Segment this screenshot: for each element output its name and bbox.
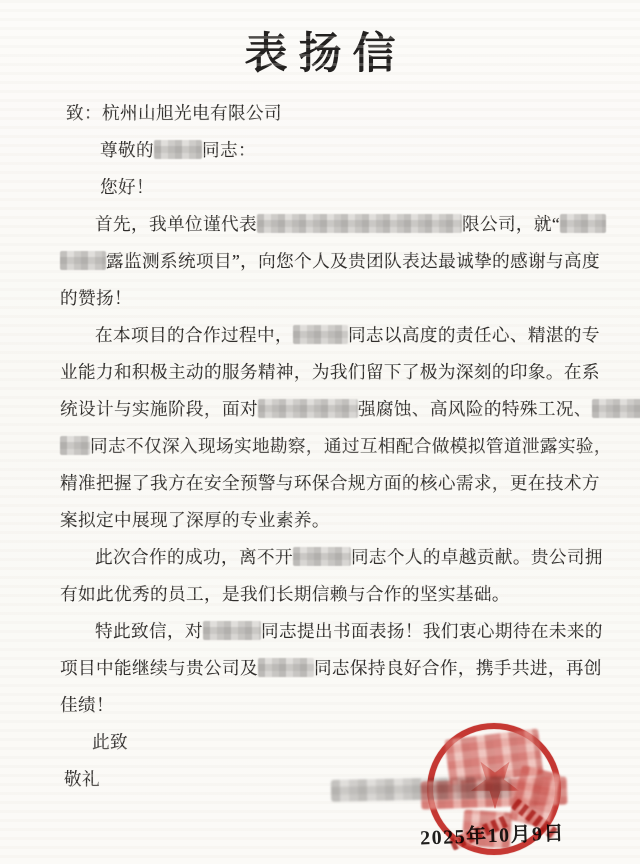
line-text: 项目中能继续与贵公司及 — [60, 658, 258, 678]
redaction-blur — [560, 214, 606, 233]
letter-line: 精准把握了我方在安全预警与环保合规方面的核心需求，更在技术方 — [60, 465, 596, 502]
letter-line: 业能力和积极主动的服务精神，为我们留下了极为深刻的印象。在系 — [60, 354, 596, 391]
letter-body: 致：杭州山旭光电有限公司 尊敬的同志： 您好！ 首先，我单位谨代表限公司，就“ … — [0, 95, 640, 798]
redaction-blur — [293, 547, 351, 566]
date-line: 2025年10月9日 — [420, 816, 566, 850]
redaction-blur — [60, 251, 106, 270]
recipient-line: 致：杭州山旭光电有限公司 — [66, 95, 596, 132]
letter-line: 首先，我单位谨代表限公司，就“ — [95, 206, 596, 243]
letter-line: 在本项目的合作过程中，同志以高度的责任心、精湛的专 — [95, 317, 596, 354]
redaction-blur — [257, 214, 462, 233]
line-text: 露监测系统项目”，向您个人及贵团队表达最诚挚的感谢与高度 — [106, 251, 600, 271]
letter-line: 同志不仅深入现场实地勘察，通过互相配合做模拟管道泄露实验， — [60, 428, 596, 465]
letter-line: 统设计与实施阶段，面对强腐蚀、高风险的特殊工况、 — [60, 391, 596, 428]
line-text: 同志保持良好合作，携手共进，再创 — [314, 658, 602, 678]
line-text: 首先，我单位谨代表 — [95, 214, 257, 234]
line-text: 强腐蚀、高风险的特殊工况、 — [358, 399, 592, 419]
line-text: 同志不仅深入现场实地勘察，通过互相配合做模拟管道泄露实验， — [90, 436, 612, 456]
letter-line: 特此致信，对同志提出书面表扬！我们衷心期待在未来的 — [95, 613, 596, 650]
line-text: 同志以高度的责任心、精湛的专 — [348, 325, 600, 345]
redaction-blur — [154, 140, 202, 159]
redaction-blur — [60, 436, 90, 455]
redaction-blur — [592, 399, 640, 418]
letter-line: 有如此优秀的员工，是我们长期信赖与合作的坚实基础。 — [60, 576, 596, 613]
salutation-line: 尊敬的同志： — [100, 132, 596, 169]
greeting-line: 您好！ — [100, 169, 596, 206]
letter-line: 案拟定中展现了深厚的专业素养。 — [60, 502, 596, 539]
salutation-pre: 尊敬的 — [100, 140, 154, 160]
redaction-blur — [258, 658, 314, 677]
line-text: 同志个人的卓越贡献。贵公司拥 — [351, 547, 603, 567]
redaction-blur — [258, 399, 358, 418]
salutation-post: 同志： — [202, 140, 256, 160]
line-text: 同志提出书面表扬！我们衷心期待在未来的 — [261, 621, 603, 641]
letter-line: 佳绩！ — [60, 687, 596, 724]
letter-title: 表扬信 — [0, 0, 640, 81]
letter-line: 项目中能继续与贵公司及同志保持良好合作，携手共进，再创 — [60, 650, 596, 687]
line-text: 限公司，就“ — [462, 214, 560, 234]
redaction-blur — [293, 325, 348, 344]
line-text: 统设计与实施阶段，面对 — [60, 399, 258, 419]
letter-line: 的赞扬！ — [60, 280, 596, 317]
line-text: 在本项目的合作过程中， — [95, 325, 293, 345]
line-text: 此次合作的成功，离不开 — [95, 547, 293, 567]
line-text: 特此致信，对 — [95, 621, 203, 641]
redaction-blur — [203, 621, 261, 640]
scanned-letter-page: 表扬信 致：杭州山旭光电有限公司 尊敬的同志： 您好！ 首先，我单位谨代表限公司… — [0, 0, 640, 864]
letter-line: 露监测系统项目”，向您个人及贵团队表达最诚挚的感谢与高度 — [60, 243, 596, 280]
letter-line: 此次合作的成功，离不开同志个人的卓越贡献。贵公司拥 — [95, 539, 596, 576]
